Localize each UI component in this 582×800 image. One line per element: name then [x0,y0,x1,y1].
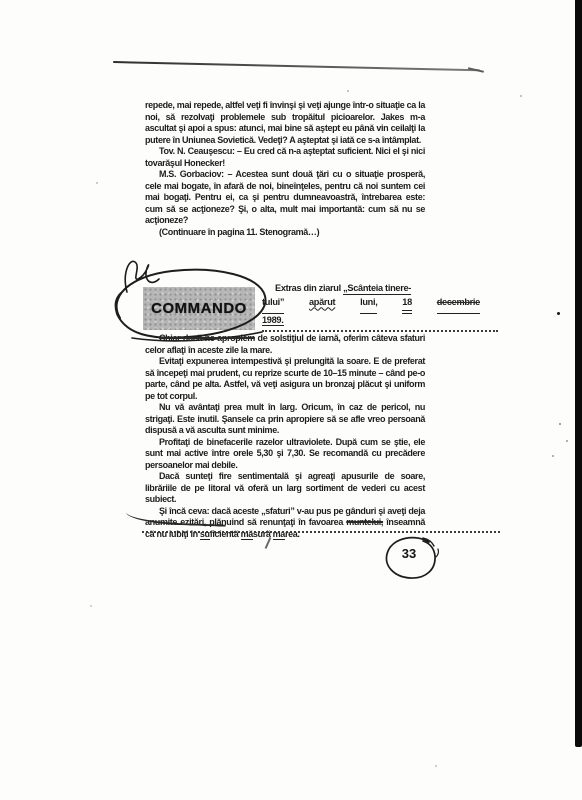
scan-speck [90,605,92,607]
source-note: Extras din ziarul „Scânteia tinere- tulu… [262,282,500,327]
source-word-aparut: apărut [309,296,335,314]
source-month: decembrie [437,296,480,314]
paragraph: Chiar dacă ne apropiem de solstiţiul de … [145,333,425,356]
scan-speck [347,90,349,92]
source-year: 1989. [262,315,284,327]
source-day-number: 18 [402,296,412,314]
scan-speck [557,312,560,315]
scan-speck [552,455,554,457]
source-note-line3: 1989. [262,314,500,328]
page-number-circle: 33 [382,533,442,581]
continuation-note: (Continuare în pagina 11. Stenogramă…) [145,227,425,239]
paragraph: repede, mai repede, altfel veţi fi învin… [145,100,425,146]
source-word-luni: luni, [360,296,377,314]
scan-speck [520,95,522,97]
dotted-separator-top [262,330,498,332]
source-note-prefix: Extras din ziarul [275,283,343,293]
stenogram-text-block: repede, mai repede, altfel veţi fi învin… [145,100,425,238]
source-note-line1: Extras din ziarul „Scânteia tinere- [262,282,500,296]
scanned-page: repede, mai repede, altfel veţi fi învin… [0,0,582,800]
scan-speck [96,182,98,184]
scan-speck [435,765,437,767]
handwritten-underline-mark [126,512,226,526]
paragraph: Tov. N. Ceauşescu: – Eu cred că n-a aşte… [145,146,425,169]
paragraph: M.S. Gorbaciov: – Acestea sunt două ţări… [145,169,425,227]
paragraph: Dacă sunteţi fire sentimentală şi agreaţ… [145,471,425,506]
source-title-part2: tului” [262,296,284,314]
paragraph: Profitaţi de binefacerile razelor ultrav… [145,437,425,472]
paragraph: Evitaţi expunerea intempestivă şi prelun… [145,356,425,402]
commando-stamp: COMMANDO [143,287,255,330]
source-note-line2: tului” apărut luni, 18 decembrie [262,296,480,314]
page-number: 33 [382,546,436,561]
scan-crease-line [113,61,480,71]
advice-text-block: Chiar dacă ne apropiem de solstiţiul de … [145,333,425,540]
scan-speck [566,440,568,442]
scan-edge-bar [575,0,582,747]
paragraph: Nu vă avântaţi prea mult în larg. Oricum… [145,402,425,437]
scan-speck [559,423,561,425]
dotted-separator-bottom [142,531,500,533]
source-title-part1: „Scânteia tinere- [343,283,411,295]
commando-stamp-label: COMMANDO [151,300,247,317]
